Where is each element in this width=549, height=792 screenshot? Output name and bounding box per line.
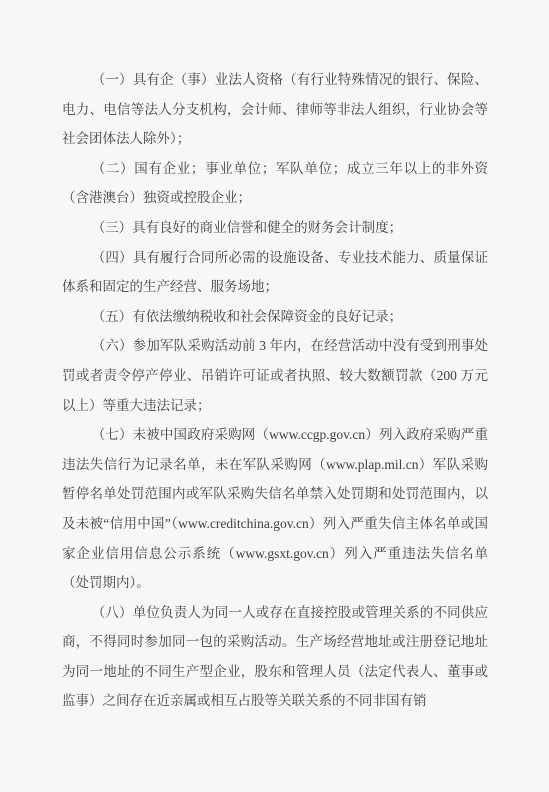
paragraph-item-1: （一）具有企（事）业法人资格（有行业特殊情况的银行、保险、电力、电信等法人分支机…: [62, 65, 488, 154]
paragraph-item-6: （六）参加军队采购活动前 3 年内，在经营活动中没有受到刑事处罚或者责令停产停业…: [62, 331, 488, 420]
document-page: （一）具有企（事）业法人资格（有行业特殊情况的银行、保险、电力、电信等法人分支机…: [0, 0, 549, 792]
paragraph-item-8: （八）单位负责人为同一人或存在直接控股或管理关系的不同供应商，不得同时参加同一包…: [62, 598, 488, 716]
paragraph-item-4: （四）具有履行合同所必需的设施设备、专业技术能力、质量保证体系和固定的生产经营、…: [62, 243, 488, 302]
paragraph-item-2: （二）国有企业；事业单位；军队单位；成立三年以上的非外资（含港澳台）独资或控股企…: [62, 154, 488, 213]
paragraph-item-3: （三）具有良好的商业信誉和健全的财务会计制度；: [62, 213, 488, 243]
paragraph-item-5: （五）有依法缴纳税收和社会保障资金的良好记录；: [62, 302, 488, 332]
paragraph-item-7: （七）未被中国政府采购网（www.ccgp.gov.cn）列入政府采购严重违法失…: [62, 420, 488, 598]
